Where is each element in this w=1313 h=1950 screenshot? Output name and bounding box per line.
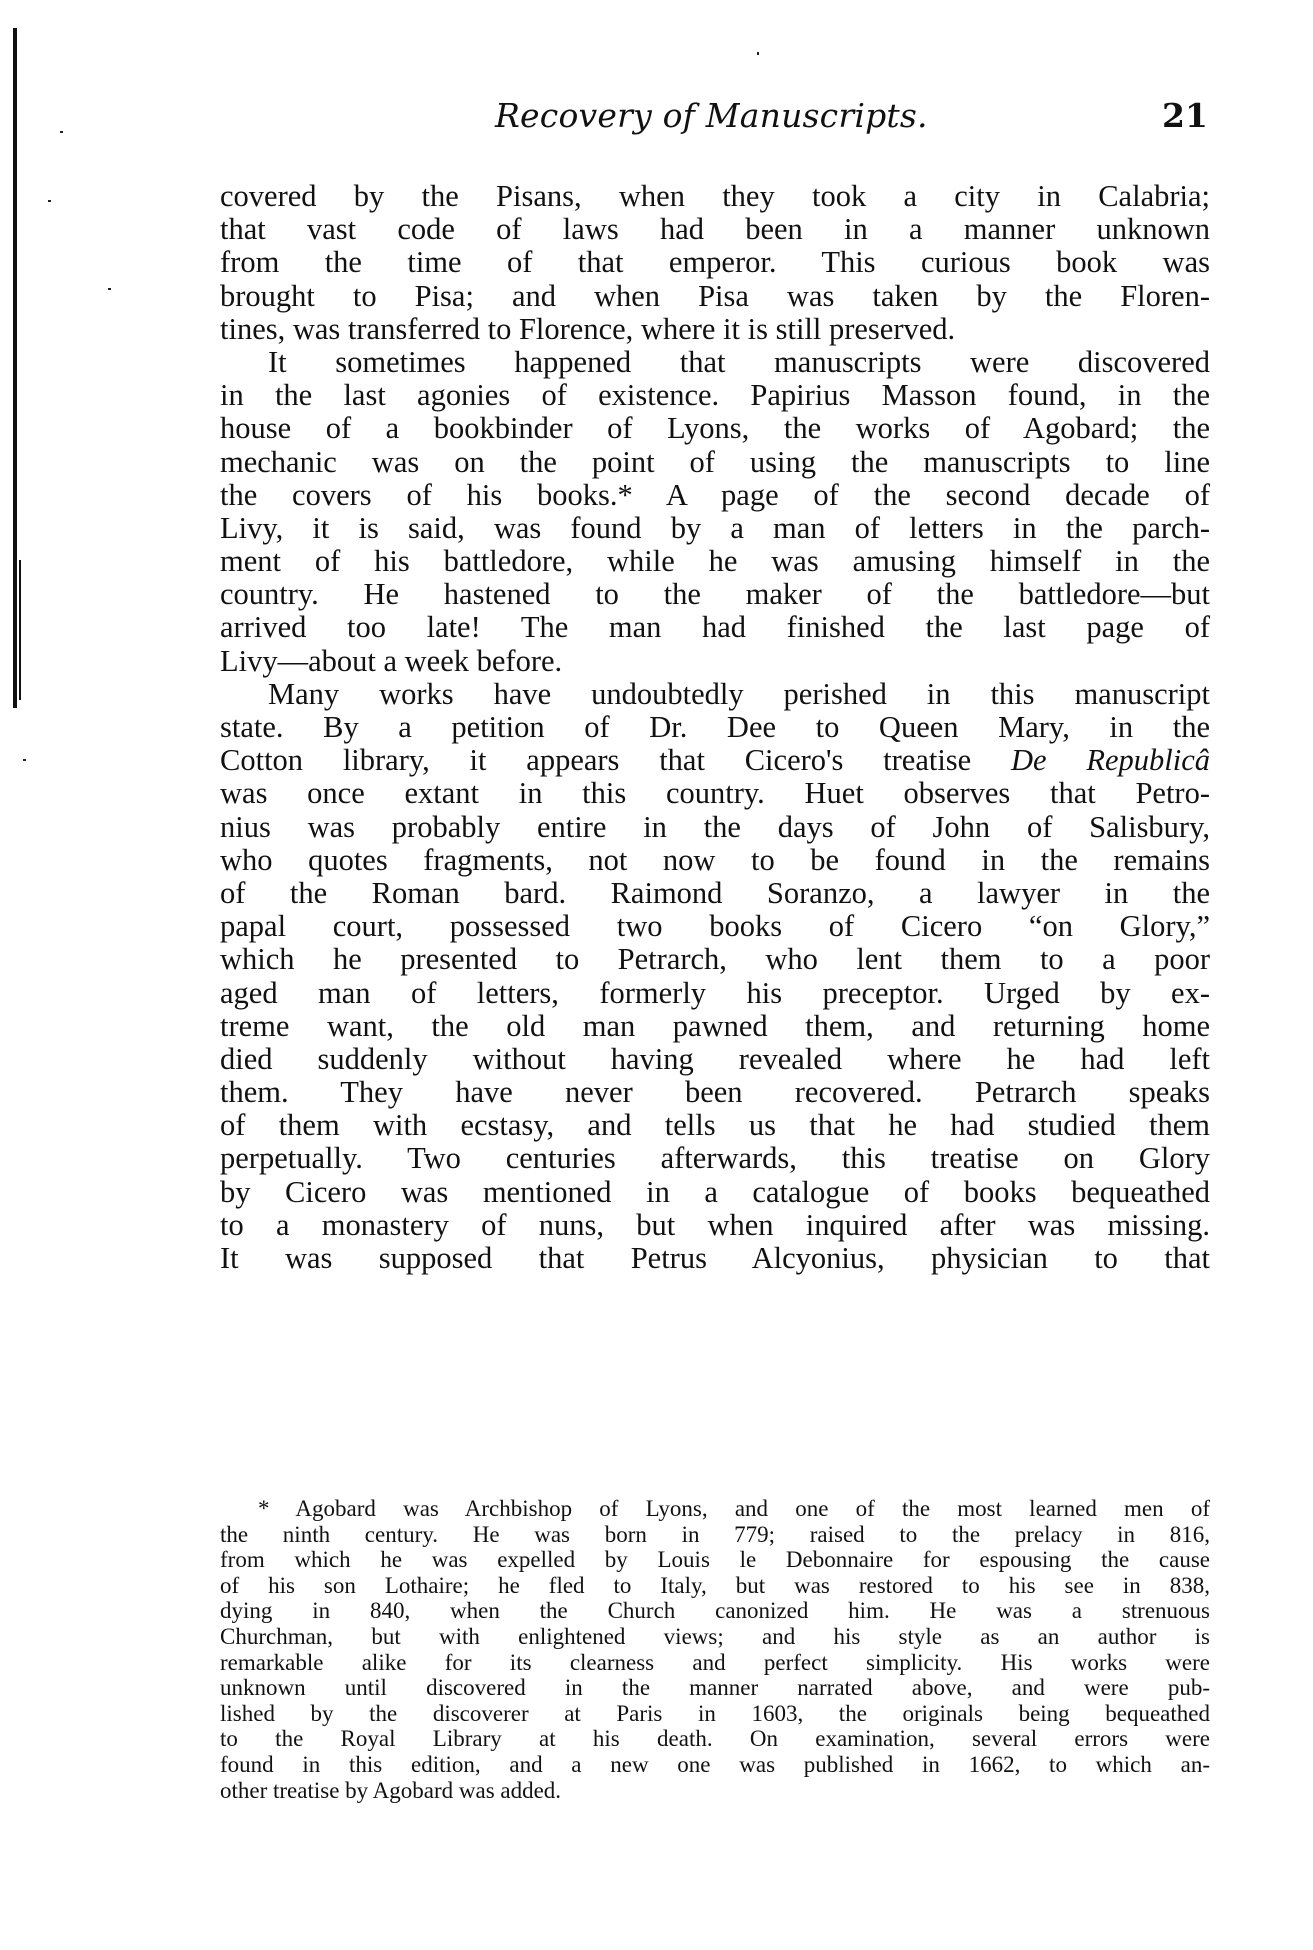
text-line: who quotes fragments, not now to be foun…: [220, 844, 1210, 877]
footnote: * Agobard was Archbishop of Lyons, and o…: [220, 1496, 1210, 1803]
footnote-line: the ninth century. He was born in 779; r…: [220, 1522, 1210, 1548]
footnote-line: found in this edition, and a new one was…: [220, 1752, 1210, 1778]
paragraph-start-line: Many works have undoubtedly perished in …: [220, 678, 1210, 711]
paragraph-start-line: It sometimes happened that manuscripts w…: [220, 346, 1210, 379]
footnote-line: from which he was expelled by Louis le D…: [220, 1547, 1210, 1573]
text-line: them. They have never been recovered. Pe…: [220, 1076, 1210, 1109]
scan-speck: [48, 200, 51, 202]
text-line: to a monastery of nuns, but when inquire…: [220, 1209, 1210, 1242]
scan-speck: [60, 131, 63, 133]
text-line: died suddenly without having revealed wh…: [220, 1043, 1210, 1076]
footnote-line: dying in 840, when the Church canonized …: [220, 1598, 1210, 1624]
text-line: from the time of that emperor. This curi…: [220, 246, 1210, 279]
text-line: covered by the Pisans, when they took a …: [220, 180, 1210, 213]
text-line: that vast code of laws had been in a man…: [220, 213, 1210, 246]
footnote-line: to the Royal Library at his death. On ex…: [220, 1726, 1210, 1752]
text-line: house of a bookbinder of Lyons, the work…: [220, 412, 1210, 445]
book-page: Recovery of Manuscripts. 21 covered by t…: [0, 0, 1313, 1950]
text-line: arrived too late! The man had finished t…: [220, 611, 1210, 644]
text-line: tines, was transferred to Florence, wher…: [220, 313, 1210, 346]
page-number: 21: [1162, 96, 1208, 135]
text-line: in the last agonies of existence. Papiri…: [220, 379, 1210, 412]
main-text: covered by the Pisans, when they took a …: [220, 180, 1210, 1275]
footnote-line: lished by the discoverer at Paris in 160…: [220, 1701, 1210, 1727]
text-line: country. He hastened to the maker of the…: [220, 578, 1210, 611]
running-title: Recovery of Manuscripts.: [495, 96, 928, 135]
scan-speck: [23, 759, 26, 761]
text-line: perpetually. Two centuries afterwards, t…: [220, 1142, 1210, 1175]
text-line: state. By a petition of Dr. Dee to Queen…: [220, 711, 1210, 744]
scan-binding-edge: [13, 28, 17, 708]
text-line: aged man of letters, formerly his precep…: [220, 977, 1210, 1010]
scan-binding-edge-lower: [19, 560, 21, 700]
text-line: It was supposed that Petrus Alcyonius, p…: [220, 1242, 1210, 1275]
footnote-line: Churchman, but with enlightened views; a…: [220, 1624, 1210, 1650]
footnote-line: * Agobard was Archbishop of Lyons, and o…: [220, 1496, 1210, 1522]
text-line: of them with ecstasy, and tells us that …: [220, 1109, 1210, 1142]
text-line: brought to Pisa; and when Pisa was taken…: [220, 280, 1210, 313]
text-line-with-italic-title: Cotton library, it appears that Cicero's…: [220, 744, 1210, 777]
text-line: mechanic was on the point of using the m…: [220, 446, 1210, 479]
text-line: was once extant in this country. Huet ob…: [220, 777, 1210, 810]
footnote-line: unknown until discovered in the manner n…: [220, 1675, 1210, 1701]
scan-speck: [108, 288, 111, 290]
text-line: nius was probably entire in the days of …: [220, 811, 1210, 844]
text-line: Livy, it is said, was found by a man of …: [220, 512, 1210, 545]
footnote-line: remarkable alike for its clearness and p…: [220, 1650, 1210, 1676]
text-line: treme want, the old man pawned them, and…: [220, 1010, 1210, 1043]
text-line: by Cicero was mentioned in a catalogue o…: [220, 1176, 1210, 1209]
text-line: papal court, possessed two books of Cice…: [220, 910, 1210, 943]
text-line: Livy—about a week before.: [220, 645, 1210, 678]
text-fragment: Cotton library, it appears that Cicero's…: [220, 743, 1011, 777]
footnote-line: of his son Lothaire; he fled to Italy, b…: [220, 1573, 1210, 1599]
italic-title: De Republicâ: [1011, 743, 1210, 777]
footnote-line: other treatise by Agobard was added.: [220, 1778, 1210, 1804]
text-line: ment of his battledore, while he was amu…: [220, 545, 1210, 578]
text-line: which he presented to Petrarch, who lent…: [220, 943, 1210, 976]
text-line: of the Roman bard. Raimond Soranzo, a la…: [220, 877, 1210, 910]
text-line-with-footnote-ref: the covers of his books.* A page of the …: [220, 479, 1210, 512]
scan-speck: [757, 52, 759, 55]
